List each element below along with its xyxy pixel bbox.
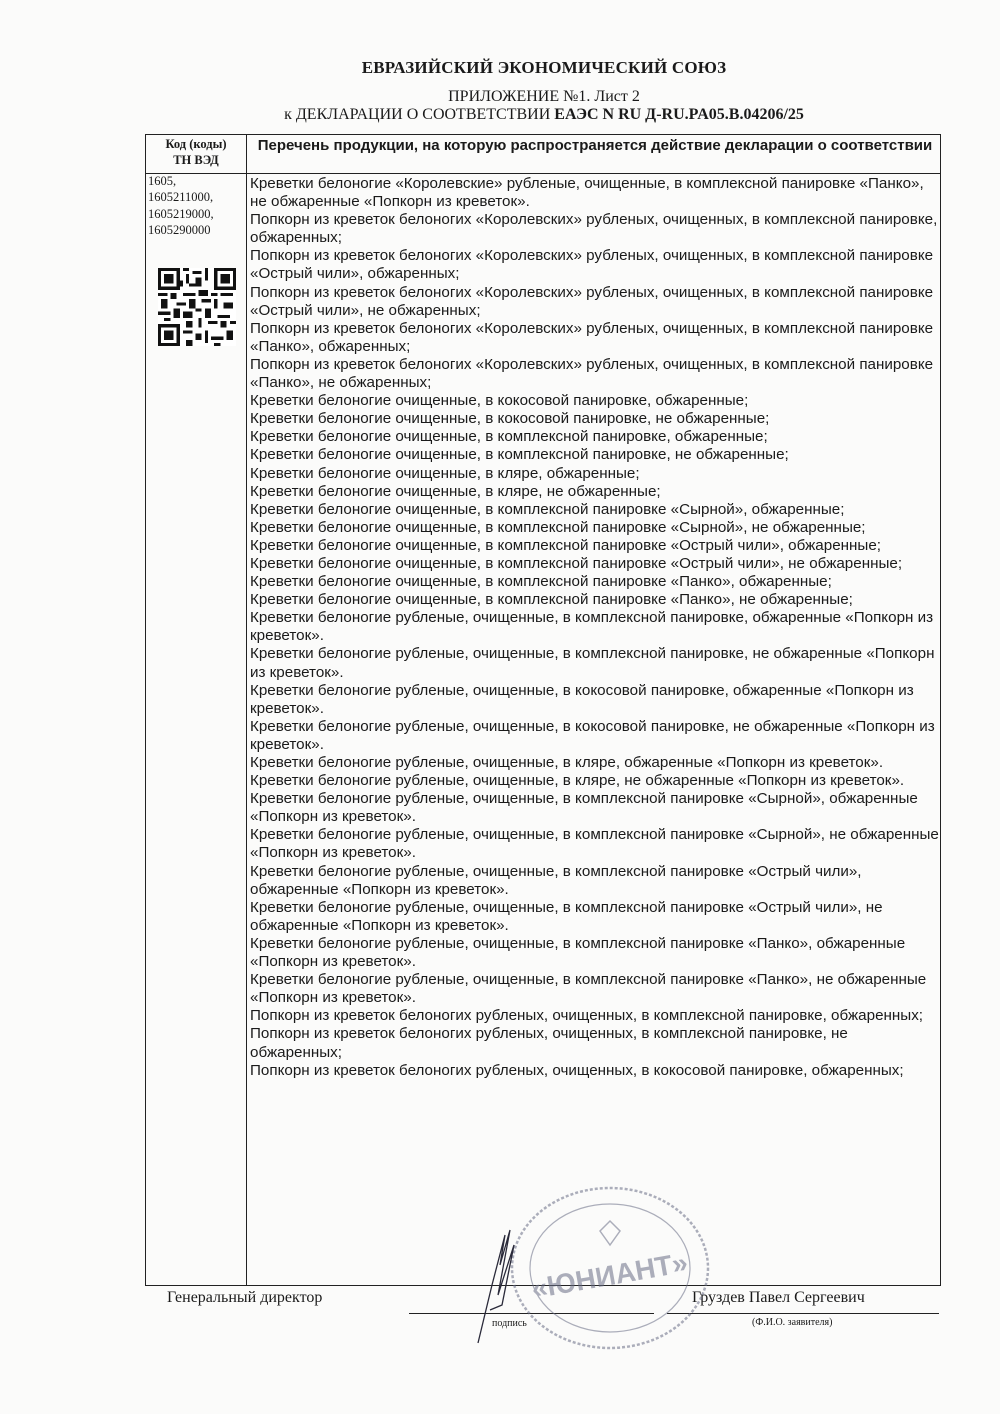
tnved-code: 1605219000, [148,206,244,222]
product-item: Попкорн из креветок белоногих «Королевск… [250,320,940,356]
applicant-name: Груздев Павел Сергеевич [692,1289,865,1307]
applicant-caption: (Ф.И.О. заявителя) [752,1317,832,1328]
declaration-prefix: к ДЕКЛАРАЦИИ О СООТВЕТСТВИИ [284,106,554,123]
tnved-codes: 1605, 1605211000, 1605219000, 1605290000 [148,173,244,238]
product-item: Креветки белоногие очищенные, в кляре, н… [250,483,940,501]
column-divider [246,135,247,1285]
product-item: Креветки белоногие рубленые, очищенные, … [250,754,940,772]
product-item: Попкорн из креветок белоногих рубленых, … [250,1025,940,1061]
signature-icon [470,1225,530,1345]
column-header-codes-line2: ТН ВЭД [146,152,246,168]
product-item: Креветки белоногие очищенные, в комплекс… [250,537,940,555]
product-item: Креветки белоногие очищенные, в комплекс… [250,501,940,519]
declaration-title: к ДЕКЛАРАЦИИ О СООТВЕТСТВИИ ЕАЭС N RU Д-… [44,106,1000,124]
product-item: Креветки белоногие рубленые, очищенные, … [250,609,940,645]
product-item: Креветки белоногие очищенные, в кокосово… [250,392,940,410]
tnved-code: 1605, [148,173,244,189]
product-item: Попкорн из креветок белоногих рубленых, … [250,1062,940,1080]
appendix-title: ПРИЛОЖЕНИЕ №1. Лист 2 [44,88,1000,106]
product-item: Попкорн из креветок белоногих «Королевск… [250,211,940,247]
product-item: Креветки белоногие очищенные, в комплекс… [250,573,940,591]
product-item: Попкорн из креветок белоногих рубленых, … [250,1007,940,1025]
declaration-number: ЕАЭС N RU Д-RU.PA05.B.04206/25 [554,106,804,123]
tnved-code: 1605290000 [148,222,244,238]
qr-code-icon [158,268,236,346]
product-item: Попкорн из креветок белоногих «Королевск… [250,284,940,320]
product-item: Креветки белоногие рубленые, очищенные, … [250,863,940,899]
product-item: Креветки белоногие «Королевские» рублены… [250,175,940,211]
signer-position: Генеральный директор [167,1289,322,1307]
product-item: Креветки белоногие рубленые, очищенные, … [250,935,940,971]
product-item: Креветки белоногие рубленые, очищенные, … [250,971,940,1007]
product-item: Креветки белоногие очищенные, в кляре, о… [250,465,940,483]
product-item: Креветки белоногие рубленые, очищенные, … [250,645,940,681]
product-item: Креветки белоногие рубленые, очищенные, … [250,772,940,790]
product-item: Креветки белоногие очищенные, в комплекс… [250,555,940,573]
product-item: Креветки белоногие рубленые, очищенные, … [250,899,940,935]
union-title: ЕВРАЗИЙСКИЙ ЭКОНОМИЧЕСКИЙ СОЮЗ [44,58,1000,78]
product-item: Креветки белоногие очищенные, в комплекс… [250,591,940,609]
column-header-codes: Код (коды) ТН ВЭД [146,136,246,168]
product-item: Креветки белоногие рубленые, очищенные, … [250,682,940,718]
stamp-text: «ЮНИАНТ» [529,1247,690,1305]
product-item: Креветки белоногие рубленые, очищенные, … [250,718,940,754]
product-item: Креветки белоногие рубленые, очищенные, … [250,826,940,862]
company-seal-icon: «ЮНИАНТ» [505,1183,715,1353]
products-table: Код (коды) ТН ВЭД Перечень продукции, на… [145,134,941,1286]
product-item: Попкорн из креветок белоногих «Королевск… [250,247,940,283]
product-item: Креветки белоногие очищенные, в комплекс… [250,446,940,464]
product-item: Попкорн из креветок белоногих «Королевск… [250,356,940,392]
product-item: Креветки белоногие рубленые, очищенные, … [250,790,940,826]
product-item: Креветки белоногие очищенные, в комплекс… [250,519,940,537]
column-header-products: Перечень продукции, на которую распростр… [248,137,942,154]
product-list: Креветки белоногие «Королевские» рублены… [250,175,940,1080]
column-header-codes-line1: Код (коды) [146,136,246,152]
product-item: Креветки белоногие очищенные, в комплекс… [250,428,940,446]
header-divider [146,173,940,174]
tnved-code: 1605211000, [148,189,244,205]
product-item: Креветки белоногие очищенные, в кокосово… [250,410,940,428]
